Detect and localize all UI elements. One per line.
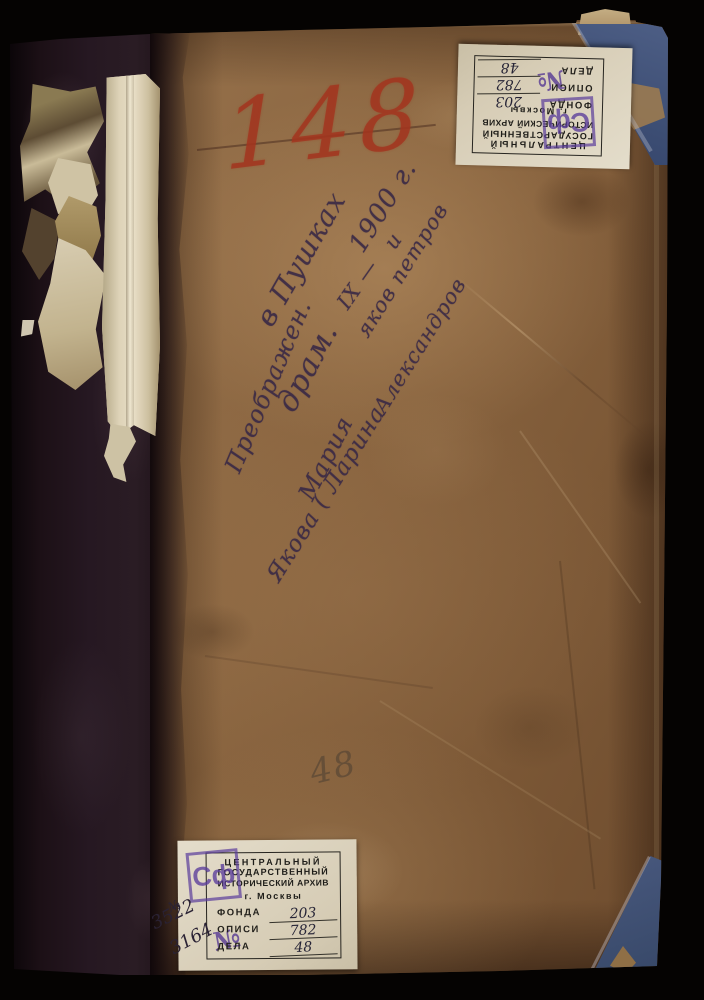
archive-label-bottom: ЦЕНТРАЛЬНЫЙ ГОСУДАРСТВЕННЫЙ ИСТОРИЧЕСКИЙ… [177, 839, 357, 971]
torn-paper-strip [102, 74, 160, 436]
field-label: ОПИСИ [217, 924, 269, 939]
field-row: ФОНДА 203 [217, 904, 337, 922]
sf-stamp: Сф [185, 848, 242, 903]
field-value: 782 [478, 76, 541, 91]
field-value: 203 [477, 93, 540, 108]
sf-stamp-text: Сф [546, 106, 591, 140]
sf-stamp-text: Сф [191, 858, 237, 893]
label-fields: ФОНДА 203 ОПИСИ 782 ДЕЛА 48 [217, 904, 337, 956]
right-edge-highlight [654, 30, 659, 960]
sf-stamp: Сф [541, 96, 596, 149]
field-value: 48 [269, 940, 338, 957]
field-label: ОПИСИ [540, 77, 592, 93]
book: 148 Преображен. в Пушках 1900 г. драм. I… [0, 0, 704, 1000]
field-row: ОПИСИ 782 [217, 921, 337, 939]
archival-book-cover-photo: 148 Преображен. в Пушках 1900 г. драм. I… [0, 0, 704, 1000]
field-value: 203 [269, 906, 338, 923]
field-label: ФОНДА [217, 907, 269, 922]
field-value: 48 [478, 59, 541, 74]
field-value: 782 [269, 923, 338, 940]
archive-label-top: ЦЕНТРАЛЬНЫЙ ГОСУДАРСТВЕННЫЙ ИСТОРИЧЕСКИЙ… [455, 44, 632, 170]
field-label: ДЕЛА [217, 941, 269, 956]
field-row: ДЕЛА 48 [217, 938, 337, 956]
field-label: ДЕЛА [541, 60, 593, 76]
